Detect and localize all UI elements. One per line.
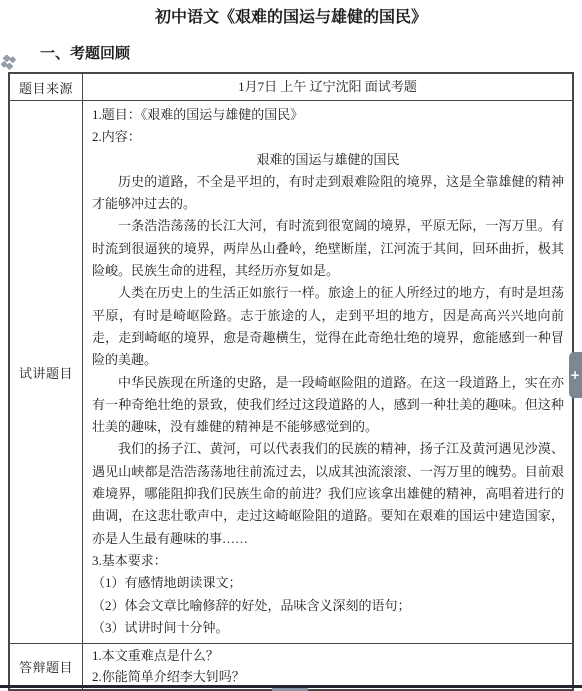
content-paragraph: （1）有感情地朗读课文； <box>92 572 564 594</box>
content-paragraph: 人类在历史上的生活正如旅行一样。旅途上的征人所经过的地方，有时是坦荡平原，有时是… <box>92 282 564 371</box>
horizontal-scrollbar-thumb[interactable] <box>272 688 308 691</box>
content-paragraph: 一条浩浩荡荡的长江大河，有时流到很宽阔的境界，平原无际，一泻万里。有时流到很逼狭… <box>92 215 564 282</box>
trial-content: 1.题目：《艰难的国运与雄健的国民》2.内容：艰难的国运与雄健的国民历史的道路，… <box>92 104 564 639</box>
content-paragraph: 3.基本要求： <box>92 550 564 572</box>
content-paragraph: 历史的道路，不全是平坦的，有时走到艰难险阻的境界，这是全靠雄健的精神才能够冲过去… <box>92 171 564 216</box>
plus-icon: + <box>570 369 580 381</box>
content-paragraph: （3）试讲时间十分钟。 <box>92 617 564 639</box>
source-value: 1月7日 上午 辽宁沈阳 面试考题 <box>83 73 574 101</box>
side-panel-button[interactable]: + <box>569 352 582 398</box>
table-move-handle-icon[interactable] <box>1 55 18 73</box>
content-paragraph: 我们的扬子江、黄河，可以代表我们的民族的精神，扬子江及黄河遇见沙漠、遇见山峡都是… <box>92 438 564 549</box>
content-paragraph: 中华民族现在所逢的史路，是一段崎岖险阻的道路。在这一段道路上，实在亦有一种奇绝壮… <box>92 372 564 439</box>
exam-review-table: 题目来源 1月7日 上午 辽宁沈阳 面试考题 试讲题目 1.题目：《艰难的国运与… <box>8 72 574 691</box>
page-title: 初中语文《艰难的国运与雄健的国民》 <box>0 7 582 28</box>
table-row-source: 题目来源 1月7日 上午 辽宁沈阳 面试考题 <box>9 73 573 101</box>
defense-label: 答辩题目 <box>9 644 83 691</box>
content-paragraph: 2.内容： <box>92 126 564 148</box>
trial-label: 试讲题目 <box>9 101 83 644</box>
table-move-handle-glyph <box>1 55 18 73</box>
defense-questions: 1.本文重难点是什么？2.你能简单介绍李大钊吗？ <box>92 645 564 687</box>
content-paragraph: 1.题目：《艰难的国运与雄健的国民》 <box>92 104 564 126</box>
table-row-defense: 答辩题目 1.本文重难点是什么？2.你能简单介绍李大钊吗？ <box>9 644 573 691</box>
source-label: 题目来源 <box>9 73 83 101</box>
section-heading: 一、考题回顾 <box>40 44 582 64</box>
defense-question: 2.你能简单介绍李大钊吗？ <box>92 666 564 687</box>
table-row-trial-lecture: 试讲题目 1.题目：《艰难的国运与雄健的国民》2.内容：艰难的国运与雄健的国民历… <box>9 101 573 644</box>
content-paragraph: 艰难的国运与雄健的国民 <box>92 149 564 171</box>
defense-question: 1.本文重难点是什么？ <box>92 645 564 666</box>
content-paragraph: （2）体会文章比喻修辞的好处，品味含义深刻的语句； <box>92 595 564 617</box>
